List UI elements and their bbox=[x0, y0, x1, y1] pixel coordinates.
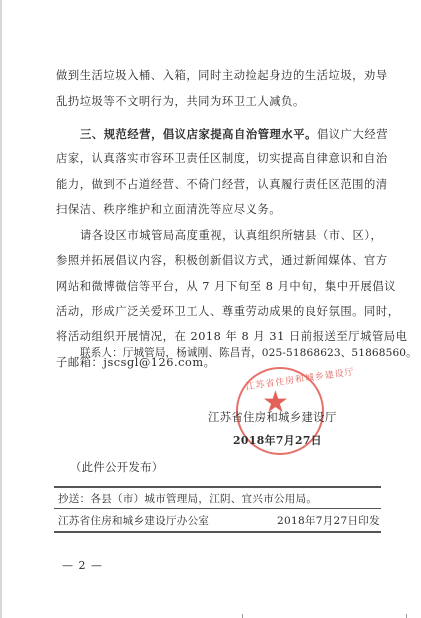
signature-organization: 江苏省住房和城乡建设厅 bbox=[208, 409, 337, 425]
body-line: 店家，认真落实市容环卫责任区制度，切实提高自律意识和自治 bbox=[56, 152, 388, 166]
section-three-line: 三、规范经营，倡议店家提高自治管理水平。倡议广大经营 bbox=[80, 127, 388, 142]
issue-date: 2018年7月27日印发 bbox=[277, 513, 380, 528]
signature-date: 2018年7月27日 bbox=[233, 433, 322, 448]
scan-mark bbox=[242, 614, 243, 618]
body-text: 倡议广大经营 bbox=[317, 128, 388, 141]
page-number: — 2 — bbox=[62, 559, 103, 572]
page-edge bbox=[0, 0, 2, 618]
body-line: 网站和微博微信等平台，从 7 月下旬至 8 月中旬，集中开展倡议 bbox=[56, 280, 396, 294]
body-line: 参照并拓展倡议内容，积极创新倡议方式，通过新闻媒体、官方 bbox=[56, 254, 388, 268]
body-line: 扫保洁、秩序维护和立面清洗等应尽义务。 bbox=[56, 203, 281, 217]
issuer: 江苏省住房和城乡建设厅办公室 bbox=[58, 513, 209, 528]
cc-line: 抄送：各县（市）城市管理局，江阴、宜兴市公用局。 bbox=[58, 491, 317, 506]
footer-bottom-rule bbox=[54, 531, 381, 533]
body-line: 做到生活垃圾入桶、入箱，同时主动捡起身边的生活垃圾，劝导 bbox=[56, 69, 388, 83]
body-line: 将活动组织开展情况，在 2018 年 8 月 31 日前报送至厅城管局电 bbox=[56, 330, 408, 344]
body-line: 活动，形成广泛关爱环卫工人、尊重劳动成果的良好氛围。同时， bbox=[56, 305, 400, 319]
disclosure-note: （此件公开发布） bbox=[70, 459, 164, 475]
contact-line: 联系人：厅城管局，杨诚刚、陈昌青，025-51868623、51868560。 bbox=[80, 346, 417, 360]
footer-top-rule bbox=[54, 486, 381, 488]
section-three-heading: 三、规范经营，倡议店家提高自治管理水平。 bbox=[80, 127, 317, 141]
scan-mark bbox=[406, 614, 407, 618]
footer-middle-rule bbox=[54, 508, 381, 509]
body-line: 能力，做到不占道经营、不倚门经营，认真履行责任区范围的清 bbox=[56, 178, 388, 192]
body-line: 乱扔垃圾等不文明行为，共同为环卫工人减负。 bbox=[56, 95, 305, 109]
body-line: 请各设区市城管局高度重视，认真组织所辖县（市、区）， bbox=[80, 229, 382, 243]
